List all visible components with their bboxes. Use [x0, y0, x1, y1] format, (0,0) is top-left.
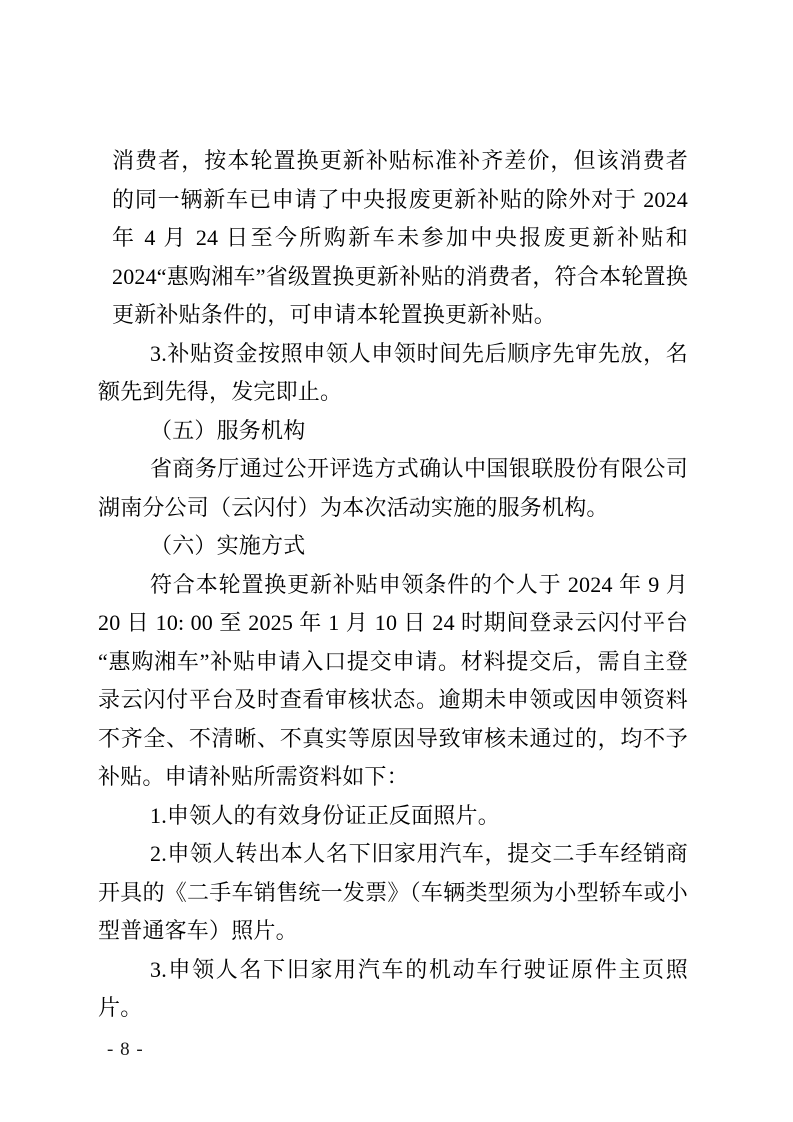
paragraph-material-2: 2.申领人转出本人名下旧家用汽车，提交二手车经销商开具的《二手车销售统一发票》（…: [98, 835, 688, 951]
paragraph-numbered-item-3: 3.补贴资金按照申领人申领时间先后顺序先审先放，名额先到先得，发完即止。: [98, 335, 688, 412]
paragraph-service-agency: 省商务厅通过公开评选方式确认中国银联股份有限公司湖南分公司（云闪付）为本次活动实…: [98, 450, 688, 527]
section-heading-6: （六）实施方式: [98, 527, 688, 566]
paragraph-material-3: 3.申领人名下旧家用汽车的机动车行驶证原件主页照片。: [98, 951, 688, 1028]
paragraph-implementation: 符合本轮置换更新补贴申领条件的个人于 2024 年 9 月 20 日 10: 0…: [98, 566, 688, 797]
document-body: 消费者，按本轮置换更新补贴标准补齐差价，但该消费者的同一辆新车已申请了中央报废更…: [98, 142, 688, 1028]
page-number: - 8 -: [107, 1038, 144, 1062]
paragraph-continuation: 消费者，按本轮置换更新补贴标准补齐差价，但该消费者的同一辆新车已申请了中央报废更…: [98, 142, 688, 335]
section-heading-5: （五）服务机构: [98, 412, 688, 451]
document-page: 消费者，按本轮置换更新补贴标准补齐差价，但该消费者的同一辆新车已申请了中央报废更…: [0, 0, 793, 1122]
paragraph-material-1: 1.申领人的有效身份证正反面照片。: [98, 797, 688, 836]
